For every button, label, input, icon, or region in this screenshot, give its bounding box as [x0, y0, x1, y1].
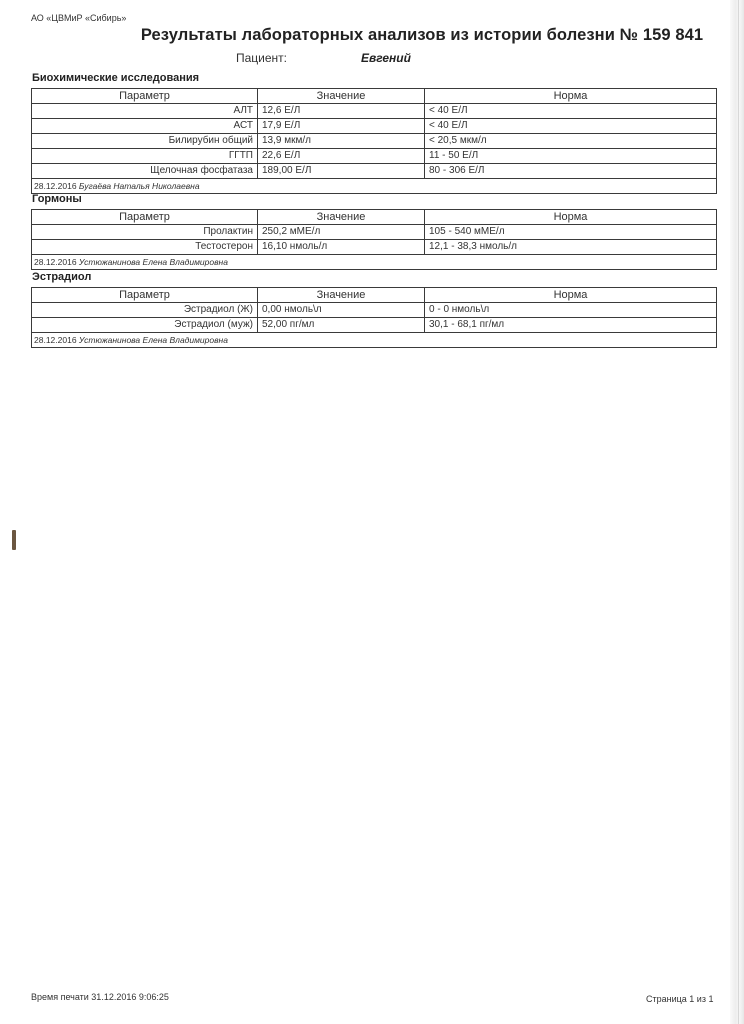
table-row: АСТ 17,9 Е/Л < 40 Е/Л: [32, 119, 717, 134]
column-header-value: Значение: [258, 210, 425, 225]
norm-cell: < 40 Е/Л: [425, 119, 717, 134]
table-header: Параметр Значение Норма: [32, 288, 717, 303]
value-cell: 12,6 Е/Л: [258, 104, 425, 119]
signature-row: 28.12.2016 Бугаёва Наталья Николаевна: [32, 179, 717, 194]
norm-cell: 80 - 306 Е/Л: [425, 164, 717, 179]
signature-date: 28.12.2016: [34, 181, 77, 191]
column-header-param: Параметр: [32, 288, 258, 303]
param-cell: Пролактин: [32, 225, 258, 240]
value-cell: 16,10 нмоль/л: [258, 240, 425, 255]
norm-cell: 11 - 50 Е/Л: [425, 149, 717, 164]
norm-cell: 0 - 0 нмоль\л: [425, 303, 717, 318]
table-estradiol: Параметр Значение Норма Эстрадиол (Ж) 0,…: [31, 287, 717, 348]
norm-cell: < 40 Е/Л: [425, 104, 717, 119]
scan-mark: [12, 530, 16, 550]
table-row: Эстрадиол (Ж) 0,00 нмоль\л 0 - 0 нмоль\л: [32, 303, 717, 318]
signature-name: Бугаёва Наталья Николаевна: [79, 181, 200, 191]
patient-label: Пациент:: [236, 51, 287, 65]
param-cell: ГГТП: [32, 149, 258, 164]
norm-cell: 30,1 - 68,1 пг/мл: [425, 318, 717, 333]
param-cell: Эстрадиол (Ж): [32, 303, 258, 318]
signature-date: 28.12.2016: [34, 257, 77, 267]
table-row: Билирубин общий 13,9 мкм/л < 20,5 мкм/л: [32, 134, 717, 149]
value-cell: 13,9 мкм/л: [258, 134, 425, 149]
norm-cell: < 20,5 мкм/л: [425, 134, 717, 149]
table-row: Эстрадиол (муж) 52,00 пг/мл 30,1 - 68,1 …: [32, 318, 717, 333]
table-row: Тестостерон 16,10 нмоль/л 12,1 - 38,3 нм…: [32, 240, 717, 255]
param-cell: Эстрадиол (муж): [32, 318, 258, 333]
organization-name: АО «ЦВМиР «Сибирь»: [31, 13, 126, 23]
column-header-value: Значение: [258, 288, 425, 303]
value-cell: 22,6 Е/Л: [258, 149, 425, 164]
column-header-param: Параметр: [32, 89, 258, 104]
page-title: Результаты лабораторных анализов из исто…: [0, 26, 744, 45]
table-row: АЛТ 12,6 Е/Л < 40 Е/Л: [32, 104, 717, 119]
patient-name: Евгений: [361, 51, 411, 65]
norm-cell: 12,1 - 38,3 нмоль/л: [425, 240, 717, 255]
section-title-biochemistry: Биохимические исследования: [32, 72, 199, 84]
value-cell: 52,00 пг/мл: [258, 318, 425, 333]
signature-cell: 28.12.2016 Устюжанинова Елена Владимиров…: [32, 255, 717, 270]
signature-row: 28.12.2016 Устюжанинова Елена Владимиров…: [32, 255, 717, 270]
table-header: Параметр Значение Норма: [32, 89, 717, 104]
column-header-norm: Норма: [425, 288, 717, 303]
table-header: Параметр Значение Норма: [32, 210, 717, 225]
page-number: Страница 1 из 1: [646, 994, 713, 1004]
print-time: Время печати 31.12.2016 9:06:25: [31, 992, 169, 1002]
param-cell: АЛТ: [32, 104, 258, 119]
value-cell: 189,00 Е/Л: [258, 164, 425, 179]
table-row: Пролактин 250,2 мМЕ/л 105 - 540 мМЕ/л: [32, 225, 717, 240]
column-header-norm: Норма: [425, 89, 717, 104]
table-row: Щелочная фосфатаза 189,00 Е/Л 80 - 306 Е…: [32, 164, 717, 179]
value-cell: 250,2 мМЕ/л: [258, 225, 425, 240]
signature-name: Устюжанинова Елена Владимировна: [79, 335, 228, 345]
section-title-hormones: Гормоны: [32, 193, 82, 205]
page-title-text: Результаты лабораторных анализов из исто…: [41, 26, 703, 44]
norm-cell: 105 - 540 мМЕ/л: [425, 225, 717, 240]
signature-cell: 28.12.2016 Устюжанинова Елена Владимиров…: [32, 333, 717, 348]
param-cell: Билирубин общий: [32, 134, 258, 149]
scan-edge-line: [738, 0, 739, 1024]
column-header-param: Параметр: [32, 210, 258, 225]
param-cell: Тестостерон: [32, 240, 258, 255]
column-header-value: Значение: [258, 89, 425, 104]
signature-row: 28.12.2016 Устюжанинова Елена Владимиров…: [32, 333, 717, 348]
signature-cell: 28.12.2016 Бугаёва Наталья Николаевна: [32, 179, 717, 194]
signature-name: Устюжанинова Елена Владимировна: [79, 257, 228, 267]
column-header-norm: Норма: [425, 210, 717, 225]
value-cell: 0,00 нмоль\л: [258, 303, 425, 318]
table-hormones: Параметр Значение Норма Пролактин 250,2 …: [31, 209, 717, 270]
param-cell: Щелочная фосфатаза: [32, 164, 258, 179]
param-cell: АСТ: [32, 119, 258, 134]
scan-edge: [730, 0, 744, 1024]
section-title-estradiol: Эстрадиол: [32, 271, 91, 283]
value-cell: 17,9 Е/Л: [258, 119, 425, 134]
table-biochemistry: Параметр Значение Норма АЛТ 12,6 Е/Л < 4…: [31, 88, 717, 194]
signature-date: 28.12.2016: [34, 335, 77, 345]
table-row: ГГТП 22,6 Е/Л 11 - 50 Е/Л: [32, 149, 717, 164]
